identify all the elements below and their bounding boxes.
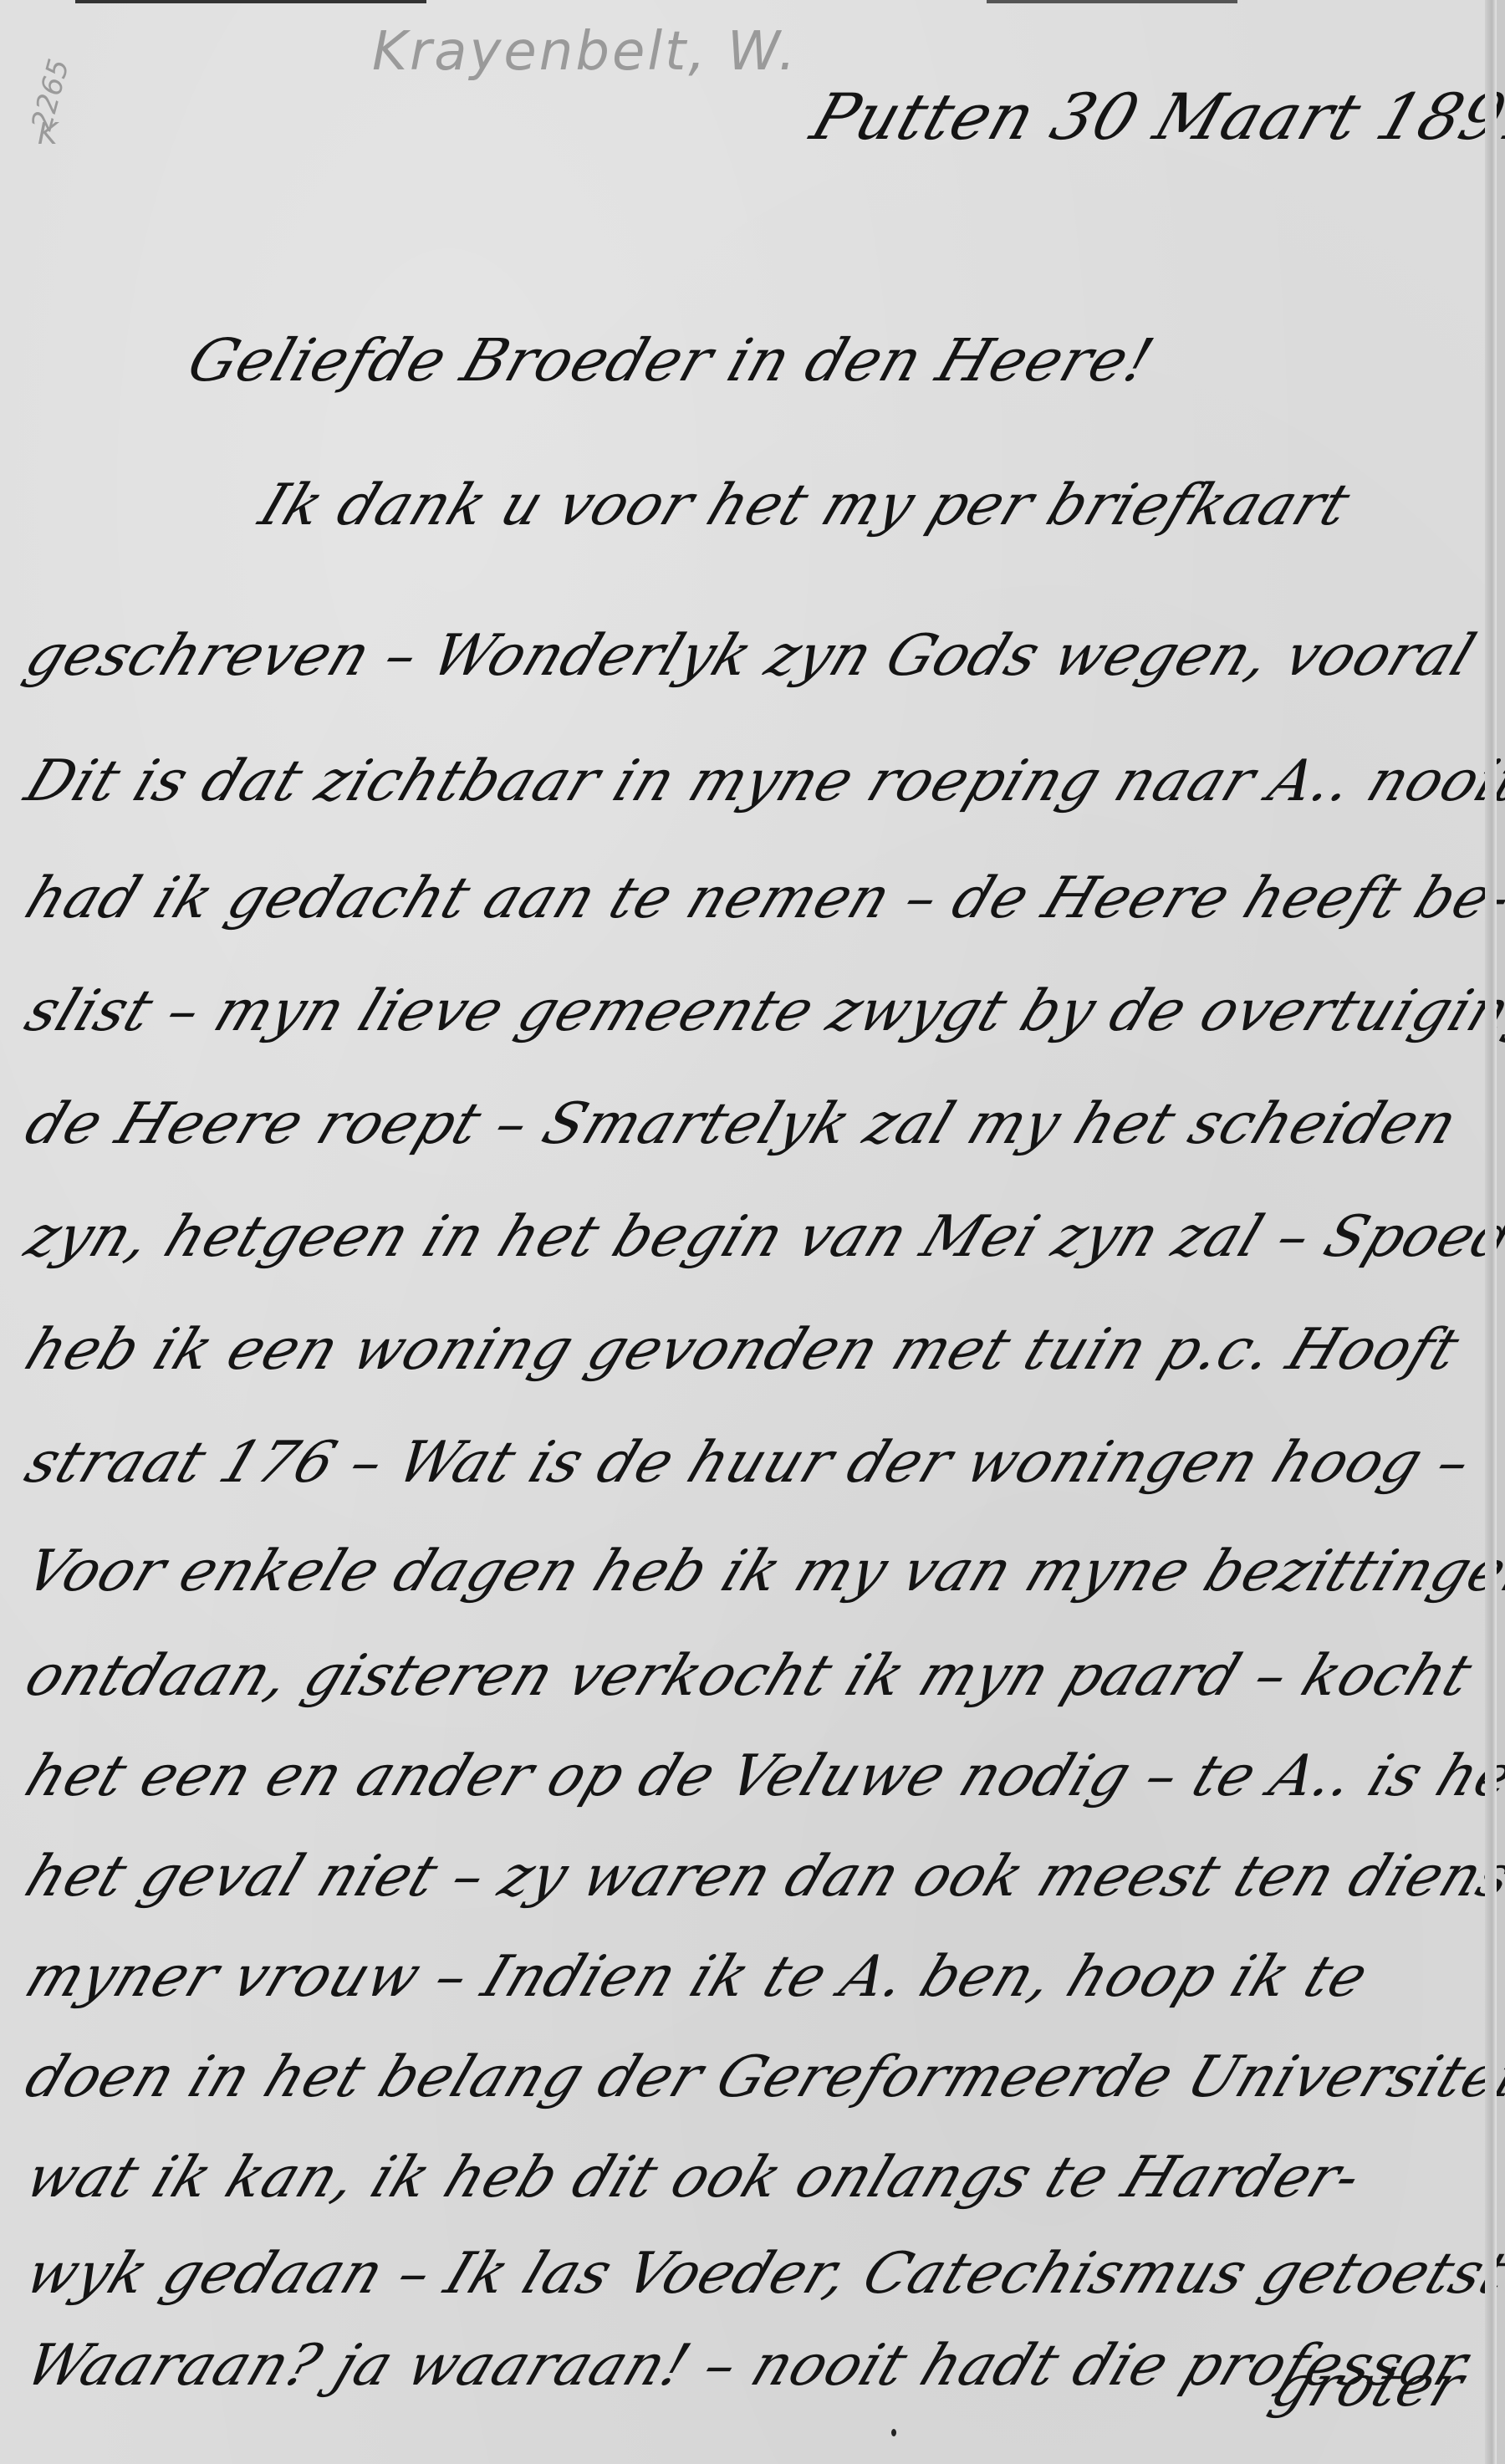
letter-line: de Heere roept – Smartelyk zal my het sc… — [17, 1091, 1467, 1157]
place-date-header: Putten 30 Maart 1891 — [803, 79, 1505, 154]
letter-line: zyn, hetgeen in het begin van Mei zyn za… — [17, 1204, 1505, 1270]
letter-line: het geval niet – zy waren dan ook meest … — [17, 1844, 1505, 1910]
salutation: Geliefde Broeder in den Heere! — [180, 326, 1162, 395]
letter-line: Ik dank u voor het my per briefkaart — [251, 472, 1360, 538]
letter-line: straat 176 – Wat is de huur der woningen… — [17, 1430, 1481, 1496]
letter-line: slist – myn lieve gemeente zwygt by de o… — [17, 978, 1505, 1044]
letter-line: geschreven – Wonderlyk zyn Gods wegen, v… — [17, 623, 1484, 689]
letter-line: ontdaan, gisteren verkocht ik myn paard … — [17, 1643, 1482, 1709]
letter-line: heb ik een woning gevonden met tuin p.c.… — [17, 1317, 1468, 1383]
archive-name-annotation: Krayenbelt, W. — [372, 21, 798, 83]
letter-line: Dit is dat zichtbaar in myne roeping naa… — [17, 748, 1505, 814]
closing-fragment: groter — [1263, 2354, 1473, 2420]
page-edge — [1485, 0, 1497, 2464]
letter-line: het een en ander op de Veluwe nodig – te… — [17, 1743, 1505, 1809]
scan-edge-mark — [75, 0, 426, 3]
letter-line: had ik gedacht aan te nemen – de Heere h… — [17, 865, 1505, 931]
archive-letter-annotation: K — [38, 117, 58, 151]
letter-line: wat ik kan, ik heb dit ook onlangs te Ha… — [17, 2145, 1370, 2211]
letter-line: doen in het belang der Gereformeerde Uni… — [17, 2044, 1505, 2110]
scan-edge-mark — [987, 0, 1237, 3]
letter-line: Voor enkele dagen heb ik my van myne bez… — [17, 1538, 1505, 1604]
ink-spot — [891, 2429, 896, 2436]
letter-line: myner vrouw – Indien ik te A. ben, hoop … — [17, 1944, 1377, 2010]
letter-line: wyk gedaan – Ik las Voeder, Catechismus … — [17, 2241, 1505, 2307]
letter-line: Waaraan? ja waaraan! – nooit hadt die pr… — [17, 2333, 1477, 2399]
letter-page: 2265 K Krayenbelt, W. Putten 30 Maart 18… — [0, 0, 1497, 2464]
